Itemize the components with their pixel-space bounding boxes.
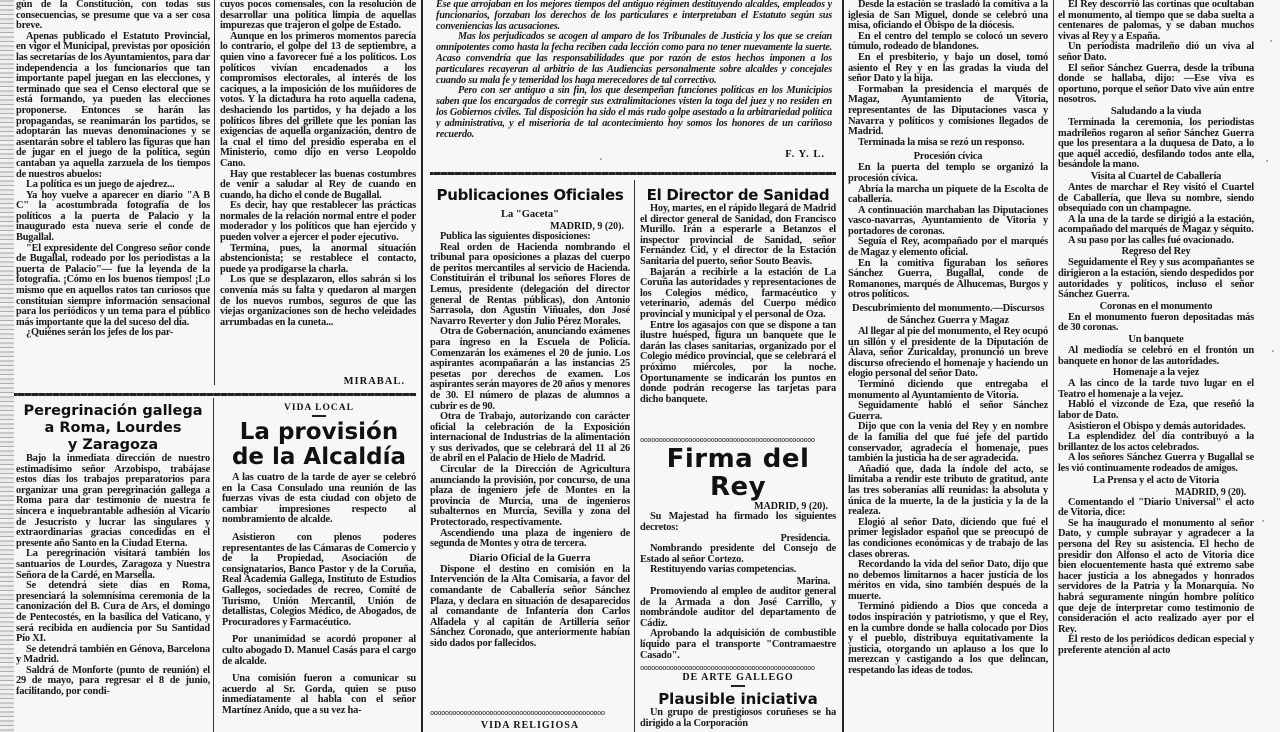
column-rule-middle	[634, 180, 635, 732]
headline-line: Peregrinación gallega	[16, 403, 210, 420]
horizontal-rule-top-middle	[430, 172, 836, 175]
paragraph: Ese que arrojaban en los mejores tiempos…	[436, 0, 832, 32]
divider	[312, 415, 326, 417]
paragraph: El señor Sánchez Guerra, desde la tribun…	[1058, 64, 1254, 106]
article-body: Publica las siguientes disposiciones: Re…	[430, 232, 630, 550]
paragraph: Una comisión fueron a comunicar su acuer…	[222, 674, 416, 716]
paragraph: cuyos pocos comensales, con la resolució…	[220, 0, 416, 32]
right-column-2: El Rey descorrió las cortinas que oculta…	[1058, 0, 1254, 732]
decorative-chain-rule: oooooooooooooooooooooooooooooooooooooooo…	[640, 437, 836, 443]
column-rule-bottom-left	[213, 398, 214, 732]
firma-del-rey-article: Firma del Rey MADRID, 9 (20). Su Majesta…	[640, 445, 836, 660]
paragraph: Los que se desplazaron, ellos sabrán si …	[220, 275, 416, 328]
paragraph: Circular de la Dirección de Agricultura …	[430, 465, 630, 529]
paragraph: La peregrinación visitará también los sa…	[16, 549, 210, 581]
paragraph: Pero con ser antiguo a sin fin, los que …	[436, 86, 832, 140]
scan-speck	[1266, 160, 1268, 162]
column-rule-left-middle	[421, 0, 423, 732]
column-rule-middle-right	[842, 0, 844, 732]
decorative-chain-rule: oooooooooooooooooooooooooooooooooooooooo…	[640, 665, 836, 671]
paragraph: El Rey descorrió las cortinas que oculta…	[1058, 0, 1254, 42]
paragraph: Dispone el destino en comisión en la Int…	[430, 565, 630, 650]
publicaciones-oficiales-article: Publicaciones Oficiales La "Gaceta" MADR…	[430, 186, 630, 732]
newspaper-page: gún de la Constitución, con todas sus co…	[0, 0, 1280, 732]
paragraph: Seguidamente el Rey y sus acompañantes s…	[1058, 258, 1254, 300]
paragraph: "El expresidente del Congreso señor cond…	[16, 244, 210, 329]
scan-speck	[1270, 40, 1272, 42]
headline: Publicaciones Oficiales	[430, 186, 630, 204]
headline: El Director de Sanidad	[640, 186, 836, 204]
scan-speck	[1272, 350, 1274, 352]
paragraph: Ascendiendo una plaza de ingeniero de se…	[430, 529, 630, 550]
arte-gallego-article: DE ARTE GALLEGO Plausible iniciativa Un …	[640, 672, 836, 732]
scan-speck	[600, 158, 602, 160]
paragraph: Abría la marcha un piquete de la Escolta…	[848, 185, 1048, 206]
paragraph: Comentando el "Diario Universal" el acto…	[1058, 498, 1254, 519]
column-rule-right	[1053, 0, 1054, 732]
scan-speck	[700, 205, 702, 207]
headline: Peregrinación gallega a Roma, Lourdes y …	[16, 403, 210, 454]
top-middle-article: Ese que arrojaban en los mejores tiempos…	[436, 0, 832, 148]
paragraph: Antes de marchar el Rey visitó el Cuarte…	[1058, 183, 1254, 215]
paragraph: Terminó pidiendo a Dios que conceda a to…	[848, 602, 1048, 676]
paragraph: Al mediodía se celebró en el frontón un …	[1058, 346, 1254, 367]
paragraph: Terminada la misa se rezó un responso.	[848, 138, 1048, 149]
section-label: DE ARTE GALLEGO	[640, 672, 836, 683]
paragraph: Desde la estación se trasladó la comitiv…	[848, 0, 1048, 32]
paragraph: Por unanimidad se acordó proponer al cul…	[222, 635, 416, 667]
signature-fyl: F. Y. L.	[720, 149, 825, 160]
scan-speck	[1262, 520, 1264, 522]
column-rule-top-left	[214, 0, 215, 385]
decorative-chain-rule: oooooooooooooooooooooooooooooooooooooooo…	[430, 710, 630, 716]
paragraph: Asistieron con plenos poderes representa…	[222, 533, 416, 628]
paragraph: En el centro del templo se colocó un sev…	[848, 32, 1048, 53]
top-left-column-1: gún de la Constitución, con todas sus co…	[16, 0, 210, 388]
paragraph: Seguidamente habló el señor Sánchez Guer…	[848, 401, 1048, 422]
peregrinacion-article: Peregrinación gallega a Roma, Lourdes y …	[16, 403, 210, 732]
paragraph: Hoy, martes, en el rápido llegará de Mad…	[640, 204, 836, 268]
paragraph: Publica las siguientes disposiciones:	[430, 232, 630, 243]
paragraph: Entre los agasajos con que se dispone a …	[640, 321, 836, 406]
paragraph: A las cuatro de la tarde de ayer se cele…	[222, 473, 416, 526]
paragraph: Restituyendo varias competencias.	[640, 565, 836, 576]
signature-mirabal: MIRABAL.	[300, 376, 405, 387]
paragraph: Añadió que, dada la índole del acto, se …	[848, 465, 1048, 518]
horizontal-rule-top-left	[14, 393, 416, 396]
paragraph: Aprobando la adquisición de combustible …	[640, 629, 836, 660]
paragraph: A la una de la tarde se dirigió a la est…	[1058, 215, 1254, 236]
article-body: Su Majestad ha firmado los siguientes de…	[640, 512, 836, 660]
paragraph: ¿Quiénes serán los jefes de los par-	[16, 328, 210, 339]
article-body: Dispone el destino en comisión en la Int…	[430, 565, 630, 650]
article-body: Hoy, martes, en el rápido llegará de Mad…	[640, 204, 836, 405]
paragraph: Termina, pues, la anormal situación abst…	[220, 244, 416, 276]
paragraph: Se detendrá también en Génova, Barcelona…	[16, 645, 210, 666]
paragraph: Un periodista madrileño dió un viva al s…	[1058, 42, 1254, 63]
paragraph: Hay que restablecer las buenas costumbre…	[220, 170, 416, 202]
paragraph: Saldrá de Monforte (punto de reunión) el…	[16, 666, 210, 698]
paragraph: Un grupo de prestigiosos coruñeses se ha…	[640, 708, 836, 729]
section-label-vida-religiosa: VIDA RELIGIOSA	[430, 720, 630, 731]
paragraph: Bajarán a recibirle a la estación de La …	[640, 268, 836, 321]
article-body: Un grupo de prestigiosos coruñeses se ha…	[640, 708, 836, 729]
paragraph: Habló el vizconde de Eza, que reseñó la …	[1058, 400, 1254, 421]
paragraph: Es decir, hay que restablecer las prácti…	[220, 201, 416, 243]
vida-local-article: VIDA LOCAL La provisión de la Alcaldía A…	[222, 403, 416, 732]
paragraph: Aunque en los primeros momentos parecía …	[220, 32, 416, 170]
scan-edge	[0, 0, 14, 732]
paragraph: A su paso por las calles fué ovacionado.	[1058, 236, 1254, 247]
paragraph: En el presbiterio, y bajo un dosel, tomó…	[848, 53, 1048, 85]
divider	[731, 685, 745, 687]
paragraph: La esplendidez del día contribuyó a la b…	[1058, 432, 1254, 453]
subhead: La "Gaceta"	[430, 209, 630, 221]
paragraph: Apenas publicado el Estatuto Provincial,…	[16, 32, 210, 180]
paragraph: A los señores Sánchez Guerra y Bugallal …	[1058, 453, 1254, 474]
paragraph: Terminó diciendo que entregaba el monume…	[848, 380, 1048, 401]
article-body: Bajo la inmediata dirección de nuestro e…	[16, 454, 210, 698]
subhead-diario-oficial: Diario Oficial de la Guerra	[430, 553, 630, 565]
headline-line: a Roma, Lourdes	[16, 420, 210, 437]
paragraph: En el monumento fueron depositadas más d…	[1058, 313, 1254, 334]
headline: Plausible iniciativa	[640, 691, 836, 708]
subhead: Descubrimiento del monumento.—Discursos …	[848, 303, 1048, 327]
top-left-column-2: cuyos pocos comensales, con la resolució…	[220, 0, 416, 372]
paragraph: Al llegar al pie del monumento, el Rey o…	[848, 327, 1048, 380]
paragraph: Seguía el Rey, acompañado por el marqués…	[848, 237, 1048, 258]
headline-line: y Zaragoza	[16, 437, 210, 454]
paragraph: Su Majestad ha firmado los siguientes de…	[640, 512, 836, 533]
headline: La provisión de la Alcaldía	[222, 420, 416, 470]
paragraph: gún de la Constitución, con todas sus co…	[16, 0, 210, 32]
paragraph: Real orden de Hacienda nombrando el trib…	[430, 243, 630, 328]
headline: Firma del Rey	[640, 445, 836, 501]
paragraph: Dijo que con la venia del Rey y en nombr…	[848, 422, 1048, 464]
paragraph: El resto de los periódicos dedican espec…	[1058, 635, 1254, 656]
headline-line: de la Alcaldía	[222, 445, 416, 470]
paragraph: Elogió al señor Dato, diciendo que fué e…	[848, 518, 1048, 560]
section-label: VIDA LOCAL	[222, 403, 416, 413]
paragraph: Formaban la presidencia el marqués de Ma…	[848, 85, 1048, 138]
subhead: La Prensa y el acto de Vitoria	[1058, 475, 1254, 487]
right-column-1: Desde la estación se trasladó la comitiv…	[848, 0, 1048, 732]
paragraph: Promoviendo al empleo de auditor general…	[640, 587, 836, 629]
paragraph: Se ha inaugurado el monumento al señor D…	[1058, 519, 1254, 636]
paragraph: Bajo la inmediata dirección de nuestro e…	[16, 454, 210, 549]
director-sanidad-article: El Director de Sanidad Hoy, martes, en e…	[640, 186, 836, 426]
dateline: MADRID, 9 (20).	[1058, 487, 1254, 498]
paragraph: Ya hoy vuelve a aparecer en diario "A B …	[16, 191, 210, 244]
paragraph: Nombrando presidente del Consejo de Esta…	[640, 544, 836, 565]
headline-line: La provisión	[222, 420, 416, 445]
paragraph: En la puerta del templo se organizó la p…	[848, 163, 1048, 184]
paragraph: En la comitiva figuraban los señores Sán…	[848, 259, 1048, 301]
paragraph: Otra de Trabajo, autorizando con carácte…	[430, 412, 630, 465]
paragraph: Otra de Gobernación, anunciando exámenes…	[430, 327, 630, 412]
paragraph: Terminada la ceremonia, los periodistas …	[1058, 118, 1254, 171]
paragraph: Recordando la vida del señor Dato, dijo …	[848, 560, 1048, 602]
paragraph: Se detendrá siete días en Roma, presenci…	[16, 581, 210, 645]
article-body: A las cuatro de la tarde de ayer se cele…	[222, 473, 416, 716]
paragraph: Mas los perjudicados se acogen al amparo…	[436, 32, 832, 86]
paragraph: A las cinco de la tarde tuvo lugar en el…	[1058, 379, 1254, 400]
paragraph: A continuación marchaban las Diputacione…	[848, 206, 1048, 238]
